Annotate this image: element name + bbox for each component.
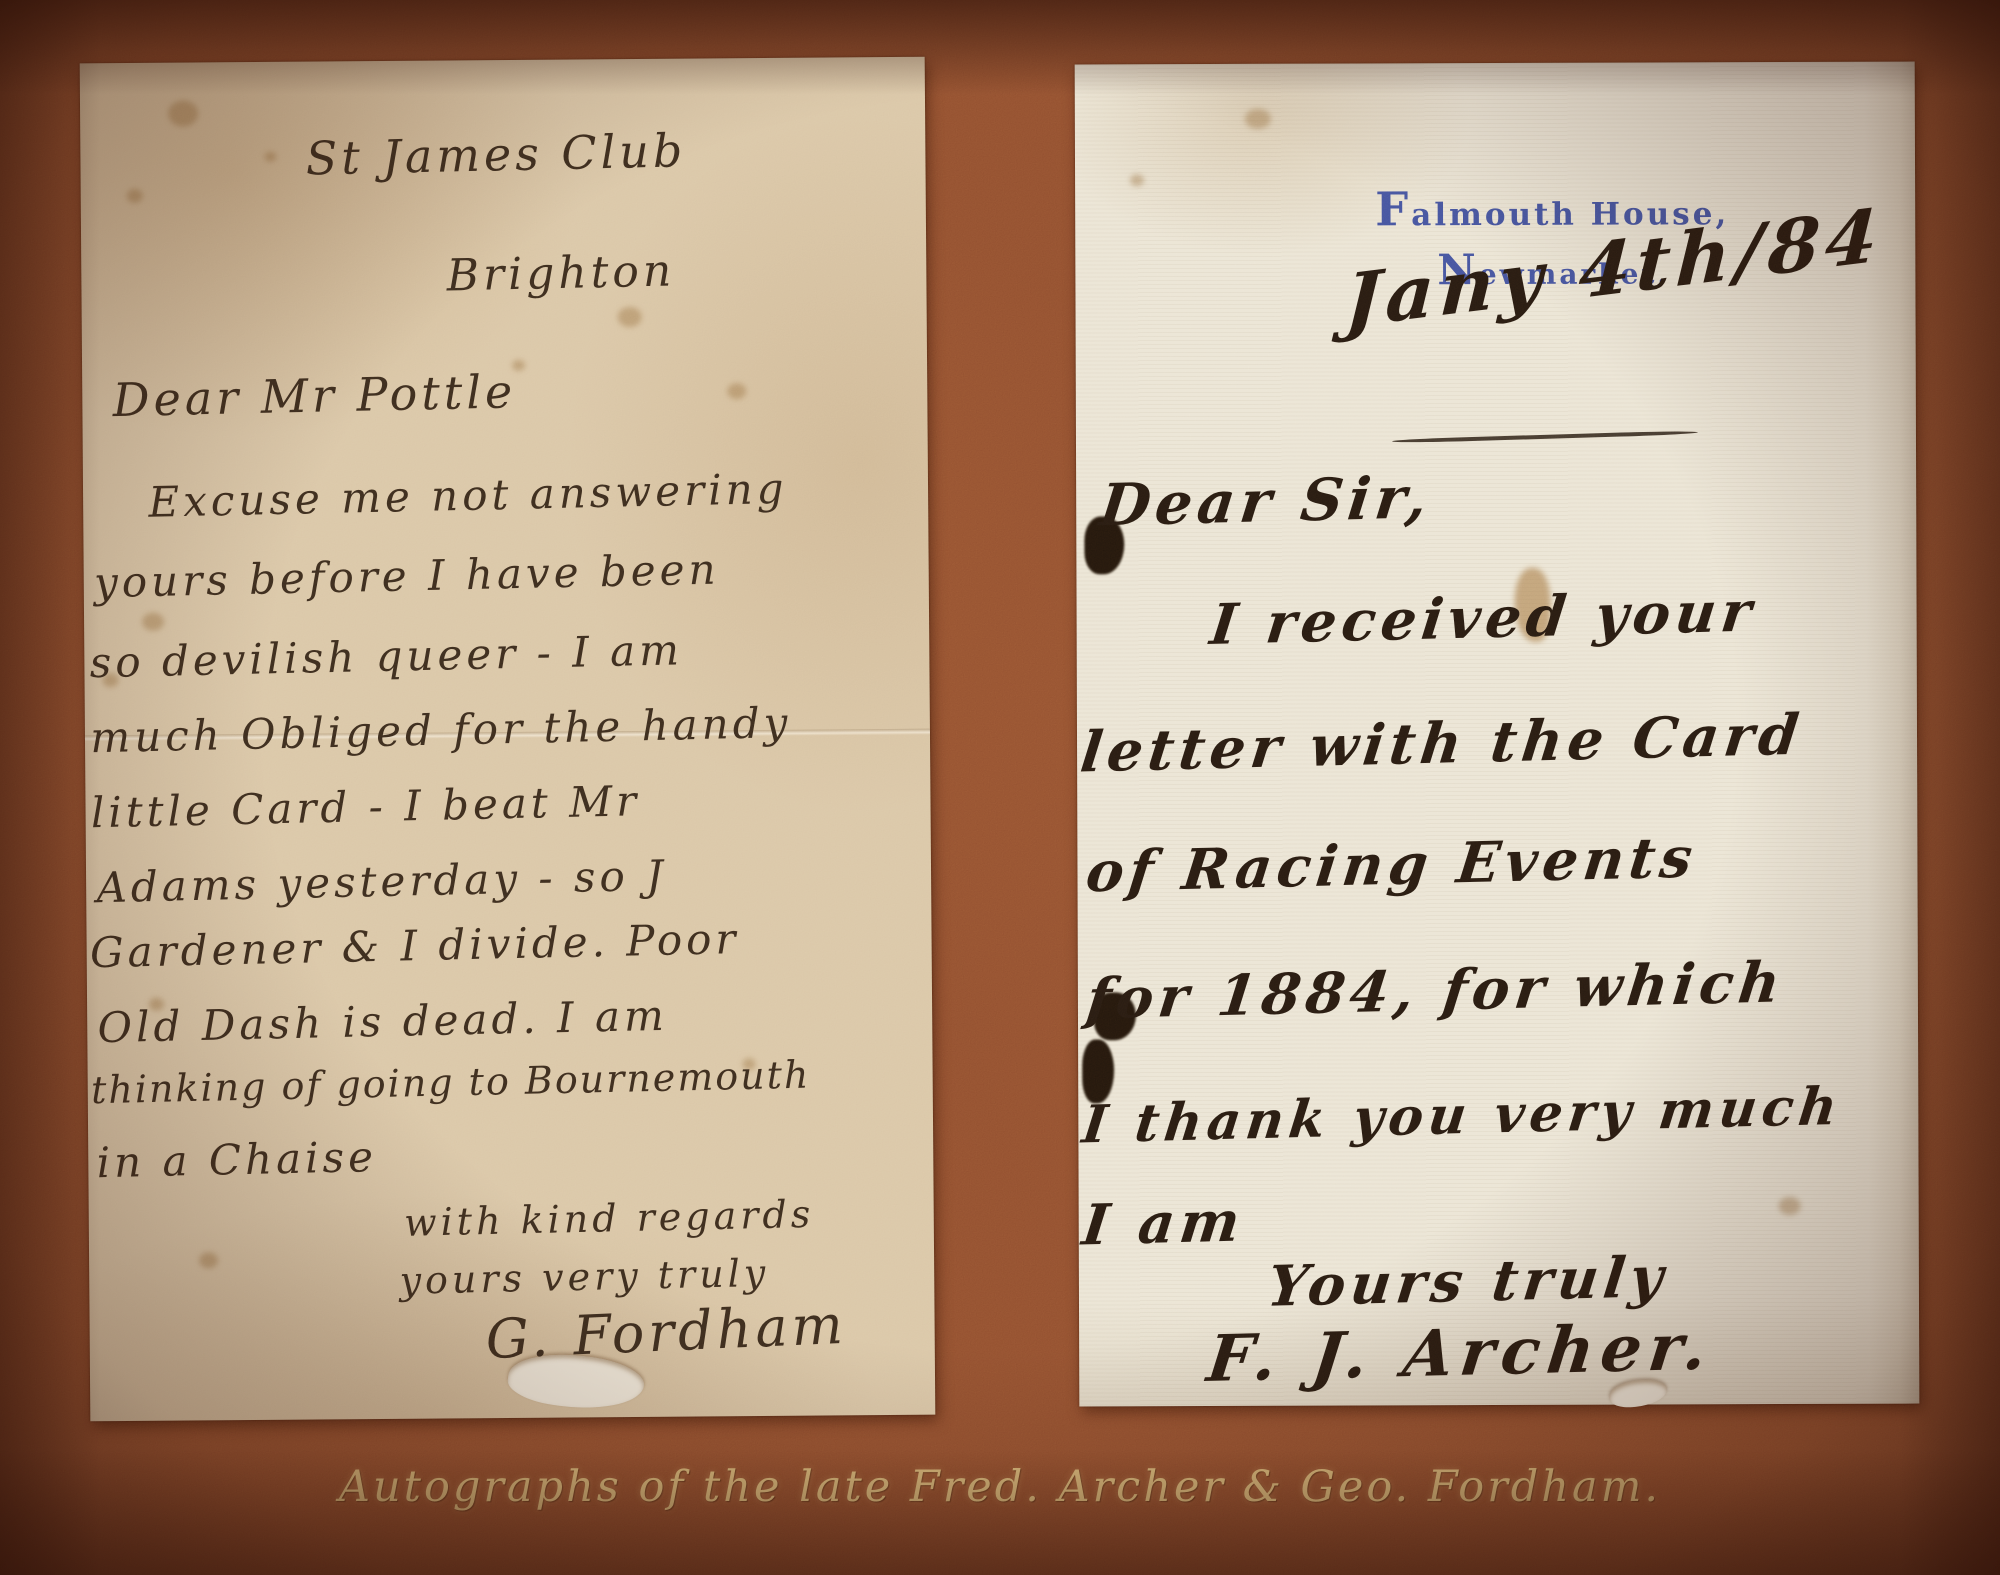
letter-line: letter with the Card xyxy=(1077,702,1807,786)
letter-closing: yours very truly xyxy=(399,1251,770,1303)
letter-line: so devilish queer - I am xyxy=(89,625,683,687)
letter-line: yours before I have been xyxy=(94,545,720,608)
letter-salutation: Dear Mr Pottle xyxy=(112,364,517,427)
letter-line: thinking of going to Bournemouth xyxy=(91,1053,811,1113)
foxing-spot xyxy=(1245,109,1271,129)
letter-line: Gardener & I divide. Poor xyxy=(89,914,739,977)
letter-line: much Obliged for the handy xyxy=(90,698,792,762)
letter-heading: St James Club xyxy=(305,123,687,185)
foxing-spot xyxy=(142,613,164,631)
letter-line: of Racing Events xyxy=(1083,825,1701,906)
letter-line: little Card - I beat Mr xyxy=(90,776,640,837)
letter-line: I received your xyxy=(1207,579,1760,658)
letter-line: Excuse me not answering xyxy=(148,464,788,527)
foxing-spot xyxy=(127,189,143,203)
letter-line: I thank you very much xyxy=(1079,1076,1845,1156)
letter-salutation: Dear Sir, xyxy=(1096,463,1436,539)
letter-line: Adams yesterday - so J xyxy=(96,851,667,912)
letter-line: I am xyxy=(1079,1188,1248,1258)
letter-line: for 1884, for which xyxy=(1083,949,1788,1032)
signature-fordham: G. Fordham xyxy=(484,1293,848,1371)
signature-archer: F. J. Archer. xyxy=(1203,1310,1717,1397)
letter-heading: Brighton xyxy=(446,245,676,301)
foxing-spot xyxy=(1130,174,1144,186)
foxing-spot xyxy=(1779,1197,1801,1215)
date-underline xyxy=(1392,430,1698,443)
letter-line: in a Chaise xyxy=(96,1132,377,1187)
foxing-spot xyxy=(618,307,642,327)
letter-closing: with kind regards xyxy=(404,1192,815,1245)
foxing-spot xyxy=(168,100,198,126)
mount-board: St James Club Brighton Dear Mr Pottle Ex… xyxy=(0,0,2000,1575)
letter-line: Old Dash is dead. I am xyxy=(97,991,668,1052)
foxing-spot xyxy=(727,383,746,399)
right-letter-paper: Falmouth House, Newmarket. Jany 4th/84 D… xyxy=(1075,62,1920,1407)
caption: Autographs of the late Fred. Archer & Ge… xyxy=(0,1462,2000,1512)
left-letter-paper: St James Club Brighton Dear Mr Pottle Ex… xyxy=(80,57,936,1422)
letter-closing: Yours truly xyxy=(1264,1244,1671,1320)
foxing-spot xyxy=(264,152,276,162)
foxing-spot xyxy=(199,1252,218,1268)
